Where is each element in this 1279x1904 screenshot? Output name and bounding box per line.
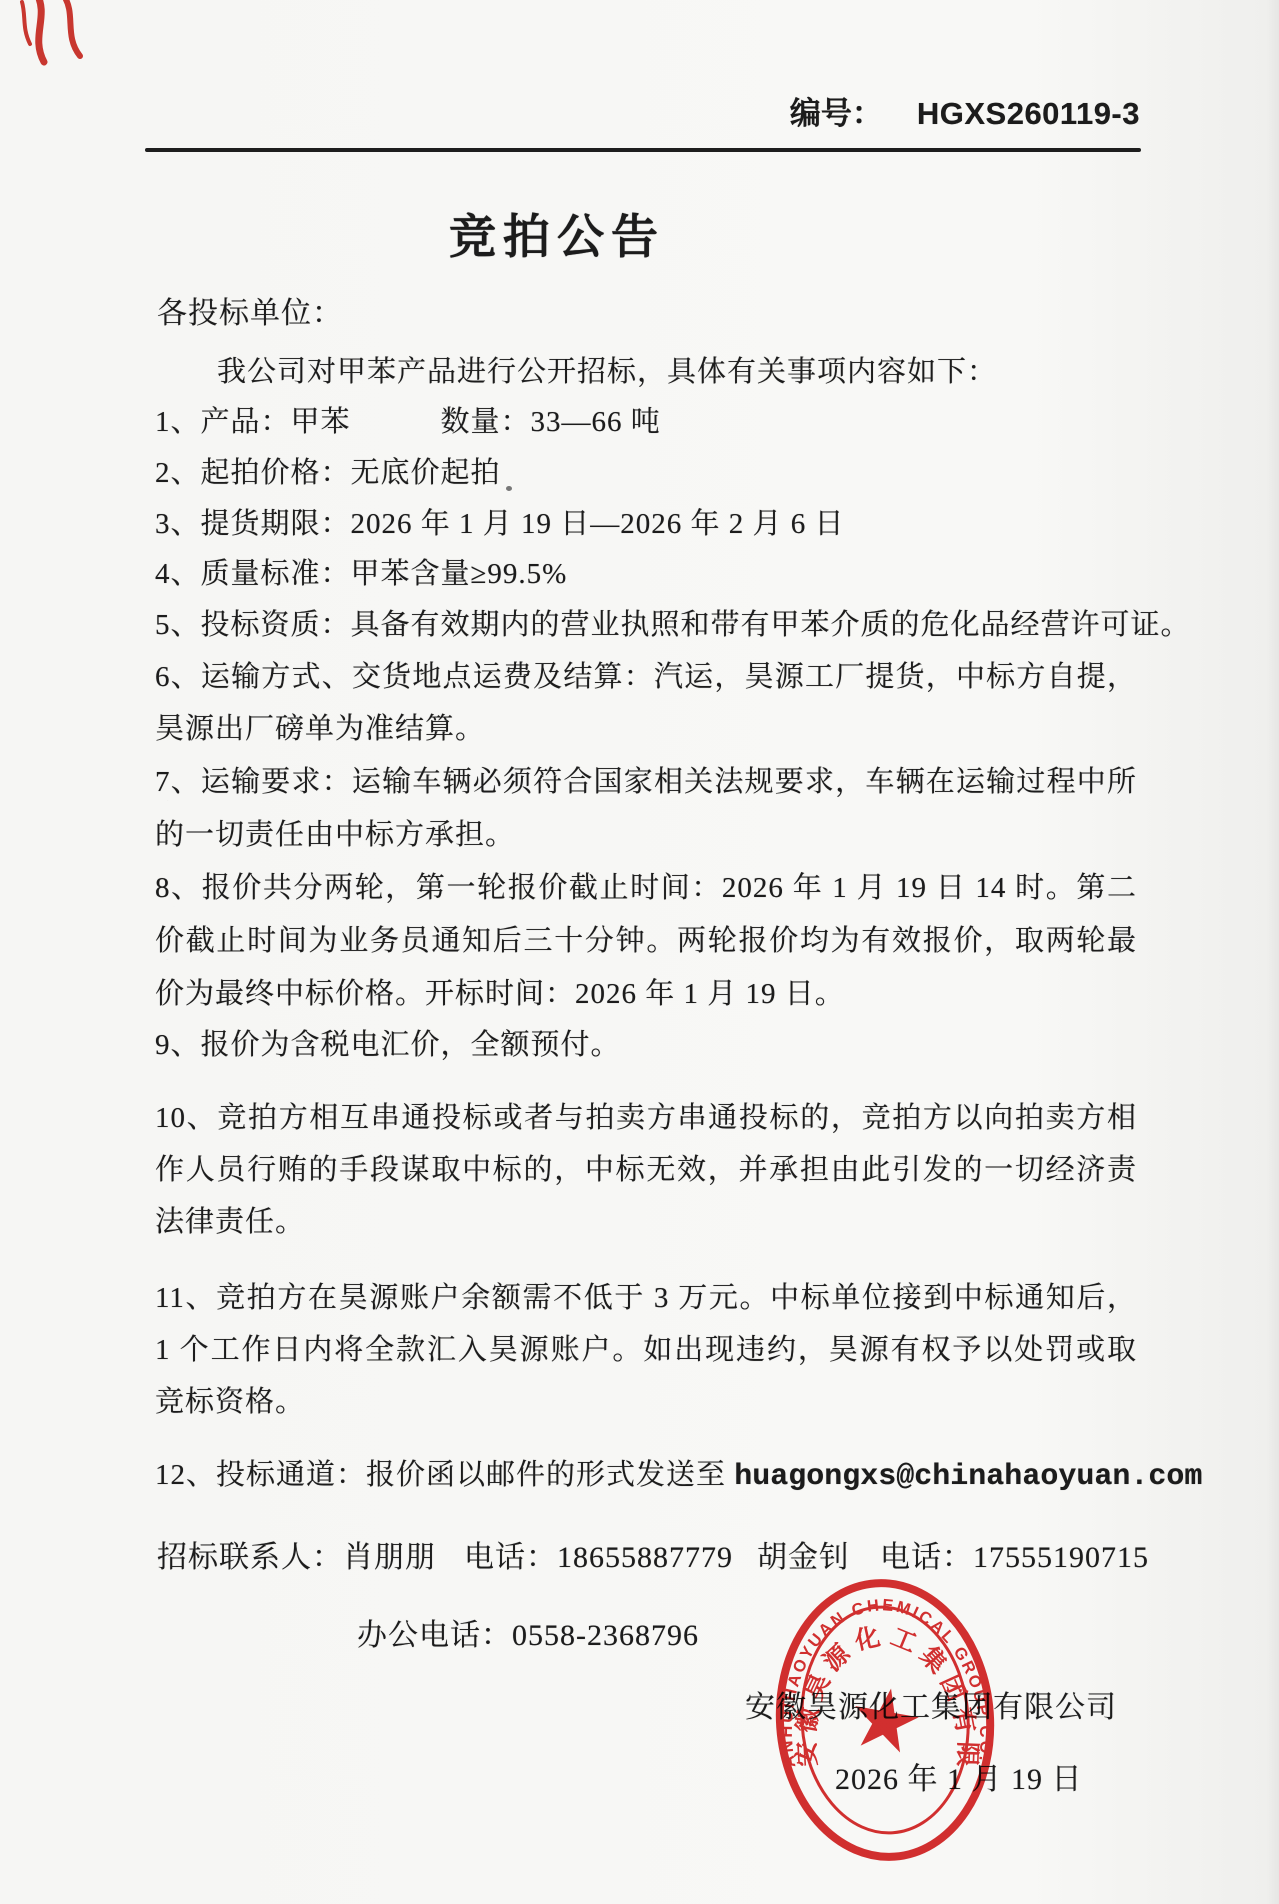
office-phone-number: 0558-2368796 [512,1619,699,1652]
item-10-line-2: 作人员行贿的手段谋取中标的，中标无效，并承担由此引发的一切经济责任和 [155,1153,1137,1189]
item-8-line-2: 价截止时间为业务员通知后三十分钟。两轮报价均为有效报价，取两轮最高报 [155,924,1137,960]
phone-number-1: 18655887779 [557,1541,733,1574]
office-phone-label: 办公电话： [357,1619,512,1652]
item-7-line-1: 7、运输要求：运输车辆必须符合国家相关法规要求，车辆在运输过程中所产生 [155,765,1137,801]
item-11-line-3: 竞标资格。 [155,1385,305,1420]
item-5: 5、投标资质：具备有效期内的营业执照和带有甲苯介质的危化品经营许可证。 [155,608,1191,643]
item-6-line-1: 6、运输方式、交货地点运费及结算：汽运，昊源工厂提货，中标方自提，以 [155,660,1137,696]
scan-dot-artifact [506,486,512,491]
contact-person-1: 肖朋朋 [343,1541,436,1574]
item-8-line-3: 价为最终中标价格。开标时间：2026 年 1 月 19 日。 [155,977,845,1012]
item-11-line-2: 1 个工作日内将全款汇入昊源账户。如出现违约，昊源有权予以处罚或取消其 [155,1333,1137,1369]
office-phone-line: 办公电话：0558-2368796 [357,1618,699,1653]
doc-number-line: 编号：HGXS260119-3 [540,88,1140,133]
item-7-line-2: 的一切责任由中标方承担。 [155,818,515,853]
header-rule [145,148,1141,152]
contact-line-1: 招标联系人：肖朋朋电话：18655887779 [157,1540,733,1575]
contact-label: 招标联系人： [157,1541,343,1574]
item-11-line-1: 11、竞拍方在昊源账户余额需不低于 3 万元。中标单位接到中标通知后，需在 [155,1281,1137,1317]
item-8-line-1: 8、报价共分两轮，第一轮报价截止时间：2026 年 1 月 19 日 14 时。… [155,871,1137,907]
item-12-prefix: 12、投标通道：报价函以邮件的形式发送至 [155,1459,734,1491]
item-1: 1、产品：甲苯 数量：33—66 吨 [155,405,661,440]
item-12: 12、投标通道：报价函以邮件的形式发送至 huagongxs@chinahaoy… [155,1458,1202,1495]
contact-person-2: 胡金钊 [757,1541,850,1574]
red-pen-annotation [6,0,116,80]
scanned-document-page: 编号：HGXS260119-3 竞拍公告 各投标单位： 我公司对甲苯产品进行公开… [0,0,1279,1904]
page-title: 竞拍公告 [157,200,957,267]
intro-paragraph: 我公司对甲苯产品进行公开招标，具体有关事项内容如下： [217,355,997,390]
phone-number-2: 17555190715 [973,1541,1149,1574]
salutation: 各投标单位： [157,296,343,331]
item-6-line-2: 昊源出厂磅单为准结算。 [155,712,485,747]
item-3: 3、提货期限：2026 年 1 月 19 日—2026 年 2 月 6 日 [155,507,845,542]
phone-label-2: 电话： [880,1541,973,1574]
doc-number-label: 编号： [790,96,883,131]
item-10-line-1: 10、竞拍方相互串通投标或者与拍卖方串通投标的，竞拍方以向拍卖方相关工 [155,1101,1137,1137]
phone-label-1: 电话： [464,1541,557,1574]
item-2: 2、起拍价格：无底价起拍 [155,456,501,491]
star-icon [849,1683,923,1755]
contact-line-2: 胡金钊电话：17555190715 [757,1540,1149,1575]
item-4: 4、质量标准：甲苯含量≥99.5% [155,557,567,592]
bid-email: huagongxs@chinahaoyuan.com [734,1460,1202,1494]
doc-number: HGXS260119-3 [917,96,1140,131]
company-seal: ANHUIHAOYUAN CHEMICAL GROUP CO., LTD. 安徽… [768,1572,1002,1868]
item-9: 9、报价为含税电汇价，全额预付。 [155,1028,621,1063]
item-10-line-3: 法律责任。 [155,1205,305,1240]
